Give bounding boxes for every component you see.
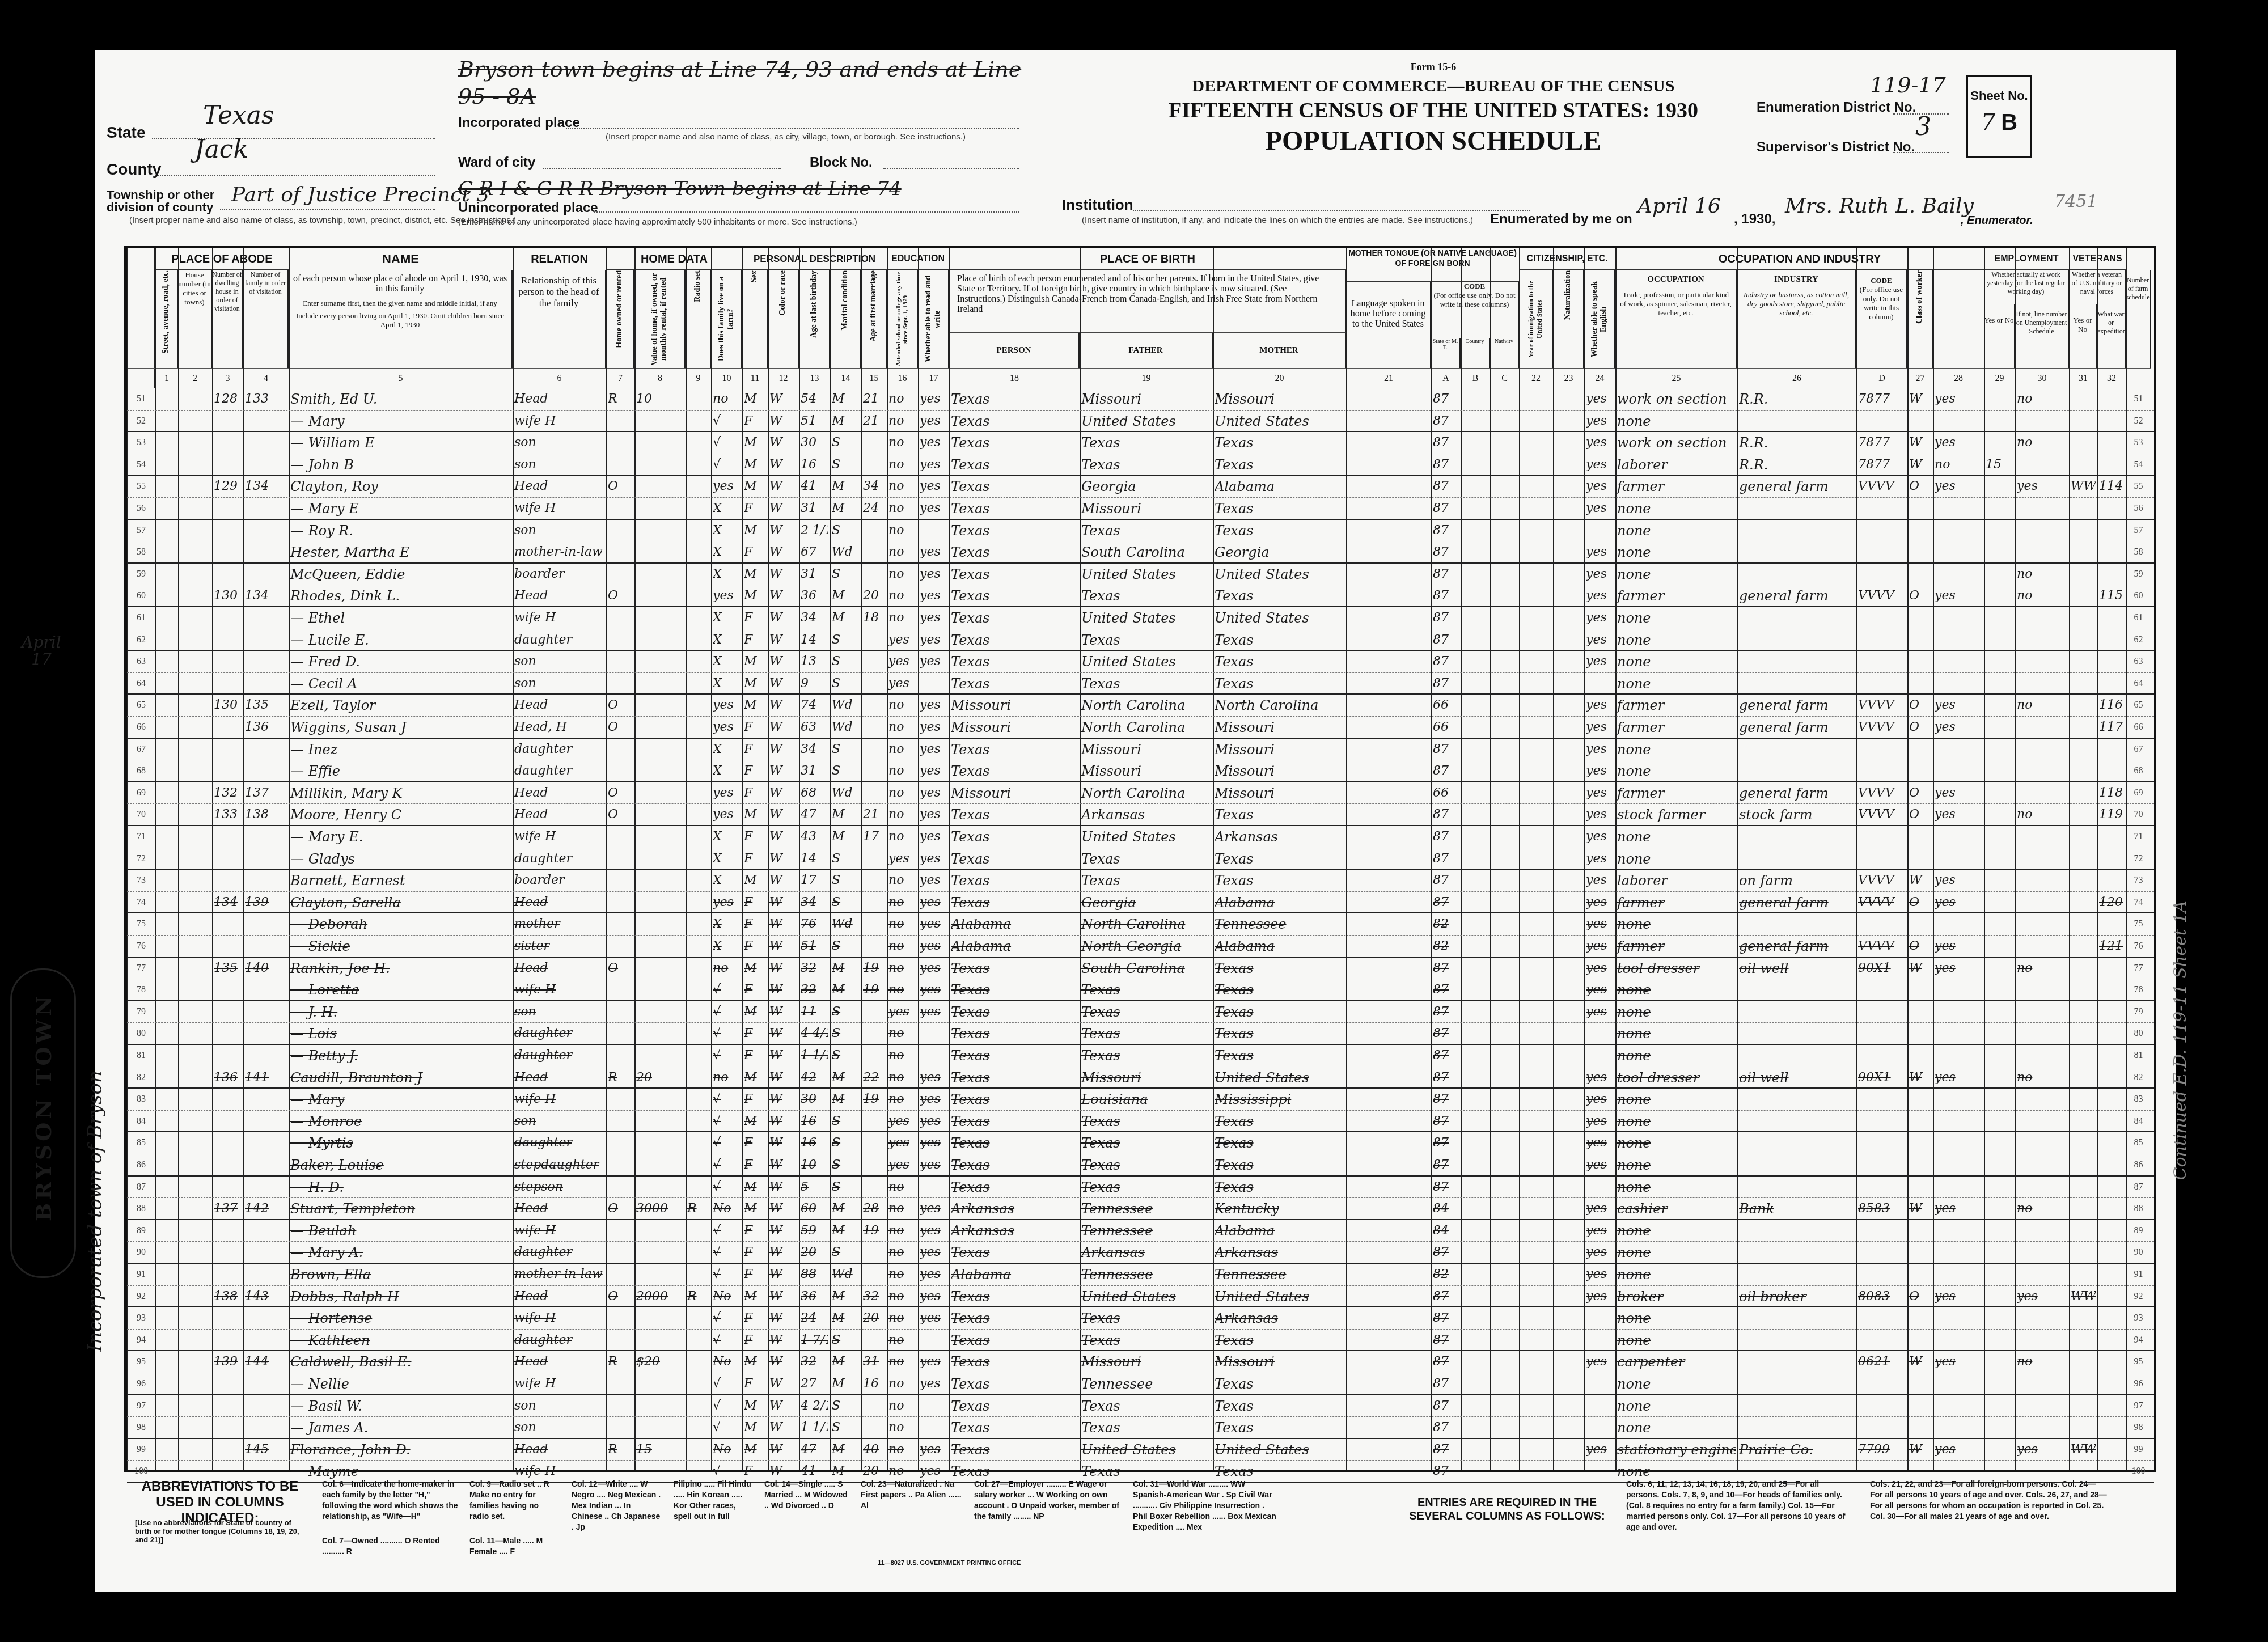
cell-sex: M bbox=[744, 585, 766, 606]
cell-eng: yes bbox=[1586, 1111, 1614, 1132]
cell-race: W bbox=[769, 1417, 797, 1438]
cell-line2: 86 bbox=[2127, 1154, 2149, 1175]
cell-sex: M bbox=[744, 1286, 766, 1307]
cell-st: 87 bbox=[1433, 1307, 1459, 1329]
cell-agem: 16 bbox=[863, 1373, 885, 1394]
cell-eng: yes bbox=[1586, 454, 1614, 475]
cell-bp: Texas bbox=[951, 607, 1078, 629]
cell-bpf: North Carolina bbox=[1081, 695, 1211, 716]
cell-line2: 62 bbox=[2127, 629, 2149, 650]
table-row: 55129134Clayton, RoyHeadOyesMW41M34noyes… bbox=[127, 476, 2154, 498]
cell-race: W bbox=[769, 1111, 797, 1132]
cell-sex: F bbox=[744, 1242, 766, 1263]
cell-farm: yes bbox=[713, 476, 741, 497]
cell-age: 9 bbox=[801, 673, 828, 694]
cell-read: yes bbox=[920, 432, 947, 454]
cell-dwell: 139 bbox=[214, 1351, 242, 1373]
cell-race: W bbox=[769, 476, 797, 497]
cell-farm: No bbox=[713, 1286, 741, 1307]
cell-bpm: Texas bbox=[1215, 1395, 1344, 1417]
cell-occ: none bbox=[1617, 410, 1736, 431]
cell-age: 31 bbox=[801, 564, 828, 585]
cell-rel: daughter bbox=[514, 739, 604, 760]
cell-agem: 34 bbox=[863, 476, 885, 497]
cell-name: — Gladys bbox=[290, 848, 511, 869]
cell-st: 87 bbox=[1433, 1417, 1459, 1438]
cell-read: yes bbox=[920, 1242, 947, 1263]
cell-read: yes bbox=[920, 1439, 947, 1461]
cell-mar: M bbox=[832, 1351, 860, 1373]
cell-line: 83 bbox=[129, 1089, 154, 1110]
unincorporated-line bbox=[594, 211, 1019, 213]
cell-sex: F bbox=[744, 1330, 766, 1351]
cell-sex: M bbox=[744, 695, 766, 716]
cell-bpf: Texas bbox=[1081, 1307, 1211, 1329]
cell-bp: Texas bbox=[951, 958, 1078, 979]
cell-bpf: Texas bbox=[1081, 520, 1211, 541]
cell-line2: 83 bbox=[2127, 1089, 2149, 1110]
cell-eng: yes bbox=[1586, 1089, 1614, 1110]
cell-mar: S bbox=[832, 1417, 860, 1438]
cell-sex: M bbox=[744, 1198, 766, 1219]
cell-sex: M bbox=[744, 651, 766, 672]
cell-dwell: 135 bbox=[214, 958, 242, 979]
cell-bpm: Tennessee bbox=[1215, 1264, 1344, 1285]
cell-occ: none bbox=[1617, 1154, 1736, 1175]
table-row: 82136141Caudill, Braunton JHeadR20noMW42… bbox=[127, 1067, 2154, 1089]
cell-vet: no bbox=[2017, 564, 2067, 585]
cell-fam: 139 bbox=[245, 892, 287, 913]
cell-mar: M bbox=[832, 1286, 860, 1307]
cell-code: 0621 bbox=[1858, 1351, 1906, 1373]
column-number: 17 bbox=[918, 368, 949, 388]
township-line bbox=[220, 209, 435, 210]
cell-sch: no bbox=[888, 1395, 916, 1417]
cell-race: W bbox=[769, 870, 797, 891]
cell-mar: S bbox=[832, 848, 860, 869]
column-number bbox=[2126, 368, 2151, 388]
cell-line: 73 bbox=[129, 870, 154, 891]
table-row: 69132137Millikin, Mary KHeadOyesFW68Wdno… bbox=[127, 782, 2154, 805]
cell-rel: daughter bbox=[514, 1132, 604, 1154]
column-number: 18 bbox=[949, 368, 1080, 388]
cell-age: 5 bbox=[801, 1177, 828, 1198]
cell-name: — Fred D. bbox=[290, 651, 511, 672]
table-row: 61— Ethelwife HXFW34M18noyesTexasUnited … bbox=[127, 607, 2154, 629]
cell-sch: no bbox=[888, 717, 916, 738]
column-number: 13 bbox=[799, 368, 830, 388]
cell-bpf: Tennessee bbox=[1081, 1198, 1211, 1219]
cell-farm: √ bbox=[713, 1132, 741, 1154]
sheet-side: B bbox=[2001, 110, 2017, 135]
table-row: 54— John Bson√MW16SnoyesTexasTexasTexas8… bbox=[127, 454, 2154, 476]
cell-bpf: Texas bbox=[1081, 1001, 1211, 1023]
cell-name: Clayton, Sarella bbox=[290, 892, 511, 913]
cell-farm: yes bbox=[713, 717, 741, 738]
cell-st: 87 bbox=[1433, 498, 1459, 519]
cell-bpm: Texas bbox=[1215, 673, 1344, 694]
cell-occ: none bbox=[1617, 629, 1736, 650]
cell-age: 16 bbox=[801, 454, 828, 475]
cell-line2: 55 bbox=[2127, 476, 2149, 497]
cell-eng: yes bbox=[1586, 760, 1614, 781]
cell-eng: yes bbox=[1586, 1351, 1614, 1373]
cell-line: 77 bbox=[129, 958, 154, 979]
cell-bpf: Tennessee bbox=[1081, 1264, 1211, 1285]
form-title-block: Form 15-6 DEPARTMENT OF COMMERCE—BUREAU … bbox=[1150, 61, 1717, 156]
cell-farm: X bbox=[713, 629, 741, 650]
cell-read: yes bbox=[920, 1132, 947, 1154]
cell-race: W bbox=[769, 1242, 797, 1263]
cell-race: W bbox=[769, 782, 797, 804]
cell-bpf: Missouri bbox=[1081, 498, 1211, 519]
cell-line: 71 bbox=[129, 826, 154, 848]
cell-age: 68 bbox=[801, 782, 828, 804]
cell-dwell: 137 bbox=[214, 1198, 242, 1219]
cell-name: Millikin, Mary K bbox=[290, 782, 511, 804]
cell-st: 87 bbox=[1433, 1351, 1459, 1373]
col-6-header: Relationship of this person to the head … bbox=[513, 270, 606, 368]
cell-st: 87 bbox=[1433, 1286, 1459, 1307]
cell-rel: mother-in-law bbox=[514, 541, 604, 562]
cell-agem: 18 bbox=[863, 607, 885, 629]
table-row: 62— Lucile E.daughterXFW14SyesyesTexasTe… bbox=[127, 629, 2154, 651]
column-number: 22 bbox=[1519, 368, 1553, 388]
cell-bpm: Arkansas bbox=[1215, 826, 1344, 848]
cell-st: 87 bbox=[1433, 1154, 1459, 1175]
cell-mar: S bbox=[832, 1330, 860, 1351]
footer-col12b: Filipino ..... Fil Hindu ..... Hin Korea… bbox=[674, 1479, 753, 1522]
cell-bpm: United States bbox=[1215, 607, 1344, 629]
cell-line: 60 bbox=[129, 585, 154, 606]
cell-bp: Alabama bbox=[951, 913, 1078, 935]
cell-occ: none bbox=[1617, 739, 1736, 760]
column-number: 3 bbox=[212, 368, 243, 388]
col-3-header: Number of dwelling house in order of vis… bbox=[212, 270, 243, 368]
cell-race: W bbox=[769, 498, 797, 519]
cell-line: 68 bbox=[129, 760, 154, 781]
cell-bpf: Texas bbox=[1081, 870, 1211, 891]
cell-eng: yes bbox=[1586, 1154, 1614, 1175]
cell-line: 57 bbox=[129, 520, 154, 541]
cell-fam: 142 bbox=[245, 1198, 287, 1219]
cell-st: 87 bbox=[1433, 1132, 1459, 1154]
cell-line2: 98 bbox=[2127, 1417, 2149, 1438]
enumerated-label: Enumerated by me on bbox=[1490, 211, 1632, 227]
cell-read: yes bbox=[920, 1286, 947, 1307]
cell-own: O bbox=[608, 782, 633, 804]
cell-line2: 92 bbox=[2127, 1286, 2149, 1307]
cell-farm: X bbox=[713, 520, 741, 541]
col-2-header: House number (in cities or towns) bbox=[178, 270, 212, 368]
cell-age: 41 bbox=[801, 476, 828, 497]
cell-mar: S bbox=[832, 1395, 860, 1417]
cell-line2: 77 bbox=[2127, 958, 2149, 979]
unincorporated-label: Unincorporated place bbox=[458, 200, 598, 216]
cell-occ: stock farmer bbox=[1617, 804, 1736, 825]
cell-age: 4 2/12 bbox=[801, 1395, 828, 1417]
cell-line2: 73 bbox=[2127, 870, 2149, 891]
cell-name: — Mary bbox=[290, 1089, 511, 1110]
column-number: 9 bbox=[686, 368, 711, 388]
cell-occ: none bbox=[1617, 1132, 1736, 1154]
cell-read: yes bbox=[920, 1220, 947, 1242]
cell-occ: none bbox=[1617, 1089, 1736, 1110]
cell-mar: S bbox=[832, 1132, 860, 1154]
cell-name: — Loretta bbox=[290, 979, 511, 1000]
cell-fam: 133 bbox=[245, 388, 287, 410]
cell-cls: O bbox=[1909, 892, 1931, 913]
block-label: Block No. bbox=[810, 155, 873, 171]
table-row: 96— Nelliewife H√FW27M16noyesTexasTennes… bbox=[127, 1373, 2154, 1395]
state-value: Texas bbox=[203, 101, 274, 130]
cell-bpf: Texas bbox=[1081, 673, 1211, 694]
cell-name: — Mary bbox=[290, 410, 511, 431]
cell-own: R bbox=[608, 388, 633, 410]
cell-cls: W bbox=[1909, 1439, 1931, 1461]
cell-read: yes bbox=[920, 1198, 947, 1219]
institution-hint: (Insert name of institution, if any, and… bbox=[1082, 215, 1473, 225]
cell-bp: Texas bbox=[951, 1067, 1078, 1088]
cell-eng: yes bbox=[1586, 695, 1614, 716]
cell-rel: stepson bbox=[514, 1177, 604, 1198]
footer-col7: Col. 7—Owned .......... O Rented .......… bbox=[322, 1535, 458, 1557]
cell-sex: F bbox=[744, 848, 766, 869]
cell-bpm: Missouri bbox=[1215, 782, 1344, 804]
cell-work: yes bbox=[1935, 717, 1982, 738]
cell-bpm: Texas bbox=[1215, 1330, 1344, 1351]
cell-own: O bbox=[608, 717, 633, 738]
cell-race: W bbox=[769, 1067, 797, 1088]
cell-bp: Texas bbox=[951, 498, 1078, 519]
cell-st: 84 bbox=[1433, 1198, 1459, 1219]
cell-name: — Roy R. bbox=[290, 520, 511, 541]
cell-eng: yes bbox=[1586, 585, 1614, 606]
cell-line2: 57 bbox=[2127, 520, 2149, 541]
cell-farm: X bbox=[713, 848, 741, 869]
cell-st: 66 bbox=[1433, 695, 1459, 716]
col-13-header: Age at last birthday bbox=[799, 270, 830, 368]
cell-bpf: Georgia bbox=[1081, 476, 1211, 497]
cell-st: 87 bbox=[1433, 1439, 1459, 1461]
cell-farm: X bbox=[713, 760, 741, 781]
cell-race: W bbox=[769, 1395, 797, 1417]
cell-race: W bbox=[769, 760, 797, 781]
cell-line: 54 bbox=[129, 454, 154, 475]
cell-name: — Basil W. bbox=[290, 1395, 511, 1417]
cell-read: yes bbox=[920, 739, 947, 760]
cell-bp: Arkansas bbox=[951, 1198, 1078, 1219]
cell-eng: yes bbox=[1586, 432, 1614, 454]
cell-line2: 59 bbox=[2127, 564, 2149, 585]
cell-farm: X bbox=[713, 673, 741, 694]
cell-farmno: 119 bbox=[2099, 804, 2124, 825]
cell-eng: yes bbox=[1586, 979, 1614, 1000]
col-11-header: Sex bbox=[742, 270, 768, 368]
cell-farm: √ bbox=[713, 1220, 741, 1242]
cell-read: yes bbox=[920, 826, 947, 848]
cell-farm: √ bbox=[713, 432, 741, 454]
cell-rel: son bbox=[514, 1395, 604, 1417]
cell-st: 87 bbox=[1433, 826, 1459, 848]
cell-occ: farmer bbox=[1617, 717, 1736, 738]
cell-occ: none bbox=[1617, 913, 1736, 935]
table-row: 79— J. H.son√MW11SyesyesTexasTexasTexas8… bbox=[127, 1001, 2154, 1023]
cell-name: Smith, Ed U. bbox=[290, 388, 511, 410]
cell-fam: 134 bbox=[245, 585, 287, 606]
cell-bpm: Missouri bbox=[1215, 717, 1344, 738]
cell-sex: M bbox=[744, 476, 766, 497]
cell-rel: Head bbox=[514, 476, 604, 497]
cell-bpf: United States bbox=[1081, 410, 1211, 431]
cell-sex: M bbox=[744, 1001, 766, 1023]
table-row: 84— Monroeson√MW16SyesyesTexasTexasTexas… bbox=[127, 1111, 2154, 1133]
cell-code: 8583 bbox=[1858, 1198, 1906, 1219]
cell-line2: 51 bbox=[2127, 388, 2149, 410]
cell-bpm: Texas bbox=[1215, 1177, 1344, 1198]
cell-rel: Head bbox=[514, 1351, 604, 1373]
cell-name: Brown, Ella bbox=[290, 1264, 511, 1285]
cell-bpm: Texas bbox=[1215, 454, 1344, 475]
table-row: 90— Mary A.daughter√FW20SnoyesTexasArkan… bbox=[127, 1242, 2154, 1264]
cell-code: VVVV bbox=[1858, 717, 1906, 738]
cell-line2: 75 bbox=[2127, 913, 2149, 935]
margin-vertical-note: Incorporated town of Bryson bbox=[84, 1070, 107, 1352]
cell-sex: M bbox=[744, 804, 766, 825]
cell-sch: no bbox=[888, 1089, 916, 1110]
cell-bpm: Missouri bbox=[1215, 388, 1344, 410]
cell-read: yes bbox=[920, 913, 947, 935]
cell-eng: yes bbox=[1586, 717, 1614, 738]
enumerator-label: , Enumerator. bbox=[1961, 214, 2033, 227]
cell-eng: yes bbox=[1586, 782, 1614, 804]
incorporated-hint: (Insert proper name and also name of cla… bbox=[606, 132, 966, 142]
cell-sch: yes bbox=[888, 651, 916, 672]
cell-bp: Texas bbox=[951, 564, 1078, 585]
cell-age: 32 bbox=[801, 1351, 828, 1373]
cell-line: 80 bbox=[129, 1023, 154, 1044]
margin-town-oval: BRYSON TOWN bbox=[10, 968, 76, 1278]
cell-line2: 91 bbox=[2127, 1264, 2149, 1285]
cell-bpf: Georgia bbox=[1081, 892, 1211, 913]
cell-name: — Betty J. bbox=[290, 1045, 511, 1067]
cell-sex: F bbox=[744, 1154, 766, 1175]
group-citizenship: CITIZENSHIP, ETC. bbox=[1519, 248, 1615, 270]
column-number: 29 bbox=[1984, 368, 2015, 388]
cell-name: — Deborah bbox=[290, 913, 511, 935]
table-row: 66136Wiggins, Susan JHead, HOyesFW63Wdno… bbox=[127, 717, 2154, 739]
cell-line2: 87 bbox=[2127, 1177, 2149, 1198]
cell-sch: no bbox=[888, 739, 916, 760]
cell-bp: Texas bbox=[951, 1132, 1078, 1154]
incorporated-line bbox=[566, 128, 1019, 129]
cell-mar: M bbox=[832, 1198, 860, 1219]
cell-age: 32 bbox=[801, 979, 828, 1000]
table-row: 65130135Ezell, TaylorHeadOyesMW74Wdnoyes… bbox=[127, 695, 2154, 717]
cell-bp: Texas bbox=[951, 432, 1078, 454]
cell-line: 99 bbox=[129, 1439, 154, 1461]
cell-line2: 56 bbox=[2127, 498, 2149, 519]
cell-vet: no bbox=[2017, 695, 2067, 716]
cell-sch: no bbox=[888, 1198, 916, 1219]
enumerated-year: , 1930, bbox=[1734, 211, 1775, 227]
cell-eng: yes bbox=[1586, 651, 1614, 672]
cell-name: Rankin, Joe H. bbox=[290, 958, 511, 979]
cell-bp: Texas bbox=[951, 1330, 1078, 1351]
cell-agem: 20 bbox=[863, 1307, 885, 1329]
cell-bp: Texas bbox=[951, 760, 1078, 781]
cell-sex: F bbox=[744, 1132, 766, 1154]
cell-agem: 24 bbox=[863, 498, 885, 519]
cell-dwell: 138 bbox=[214, 1286, 242, 1307]
footer-col6: Col. 6—Indicate the home-maker in each f… bbox=[322, 1479, 458, 1522]
cell-code: 7877 bbox=[1858, 388, 1906, 410]
cell-name: — Inez bbox=[290, 739, 511, 760]
cell-bpm: Texas bbox=[1215, 651, 1344, 672]
cell-age: 16 bbox=[801, 1111, 828, 1132]
cell-rel: Head, H bbox=[514, 717, 604, 738]
cell-race: W bbox=[769, 936, 797, 957]
table-row: 53— William Eson√MW30SnoyesTexasTexasTex… bbox=[127, 432, 2154, 454]
cell-st: 87 bbox=[1433, 432, 1459, 454]
footer-col23: Col. 23—Naturalized . Na First papers ..… bbox=[861, 1479, 963, 1511]
cell-name: — Effie bbox=[290, 760, 511, 781]
cell-sch: no bbox=[888, 1307, 916, 1329]
cell-age: 31 bbox=[801, 498, 828, 519]
employment-spacer bbox=[1933, 270, 1984, 368]
cell-mar: M bbox=[832, 585, 860, 606]
cell-code: 7799 bbox=[1858, 1439, 1906, 1461]
cell-race: W bbox=[769, 979, 797, 1000]
col-27-header: Class of worker bbox=[1907, 270, 1933, 368]
cell-race: W bbox=[769, 1001, 797, 1023]
incorporated-label: Incorporated place bbox=[458, 115, 580, 131]
cell-fam: 145 bbox=[245, 1439, 287, 1461]
cell-bp: Texas bbox=[951, 1111, 1078, 1132]
cell-ind: Prairie Co. bbox=[1739, 1439, 1855, 1461]
cell-bpm: Texas bbox=[1215, 498, 1344, 519]
cell-bp: Texas bbox=[951, 1001, 1078, 1023]
cell-sch: no bbox=[888, 585, 916, 606]
cell-code: VVVV bbox=[1858, 892, 1906, 913]
cell-bp: Texas bbox=[951, 1417, 1078, 1438]
cell-sch: no bbox=[888, 1264, 916, 1285]
cell-sch: no bbox=[888, 454, 916, 475]
cell-code: 8083 bbox=[1858, 1286, 1906, 1307]
cell-sch: no bbox=[888, 804, 916, 825]
cell-sch: no bbox=[888, 541, 916, 562]
cell-sch: no bbox=[888, 432, 916, 454]
cell-sch: yes bbox=[888, 848, 916, 869]
column-number: 21 bbox=[1346, 368, 1431, 388]
cell-sch: no bbox=[888, 607, 916, 629]
cell-sch: no bbox=[888, 388, 916, 410]
table-row: 63— Fred D.sonXMW13SyesyesTexasUnited St… bbox=[127, 651, 2154, 673]
cell-bpf: North Carolina bbox=[1081, 717, 1211, 738]
cell-code: VVVV bbox=[1858, 936, 1906, 957]
cell-line: 94 bbox=[129, 1330, 154, 1351]
cell-st: 87 bbox=[1433, 979, 1459, 1000]
cell-occ: none bbox=[1617, 848, 1736, 869]
cell-bp: Texas bbox=[951, 651, 1078, 672]
table-row: 57— Roy R.sonXMW2 1/12SnoTexasTexasTexas… bbox=[127, 520, 2154, 542]
cell-read: yes bbox=[920, 804, 947, 825]
cell-sex: M bbox=[744, 958, 766, 979]
cell-race: W bbox=[769, 1154, 797, 1175]
cell-rel: wife H bbox=[514, 1307, 604, 1329]
cell-bpf: Missouri bbox=[1081, 1351, 1211, 1373]
cell-bpm: Arkansas bbox=[1215, 1307, 1344, 1329]
